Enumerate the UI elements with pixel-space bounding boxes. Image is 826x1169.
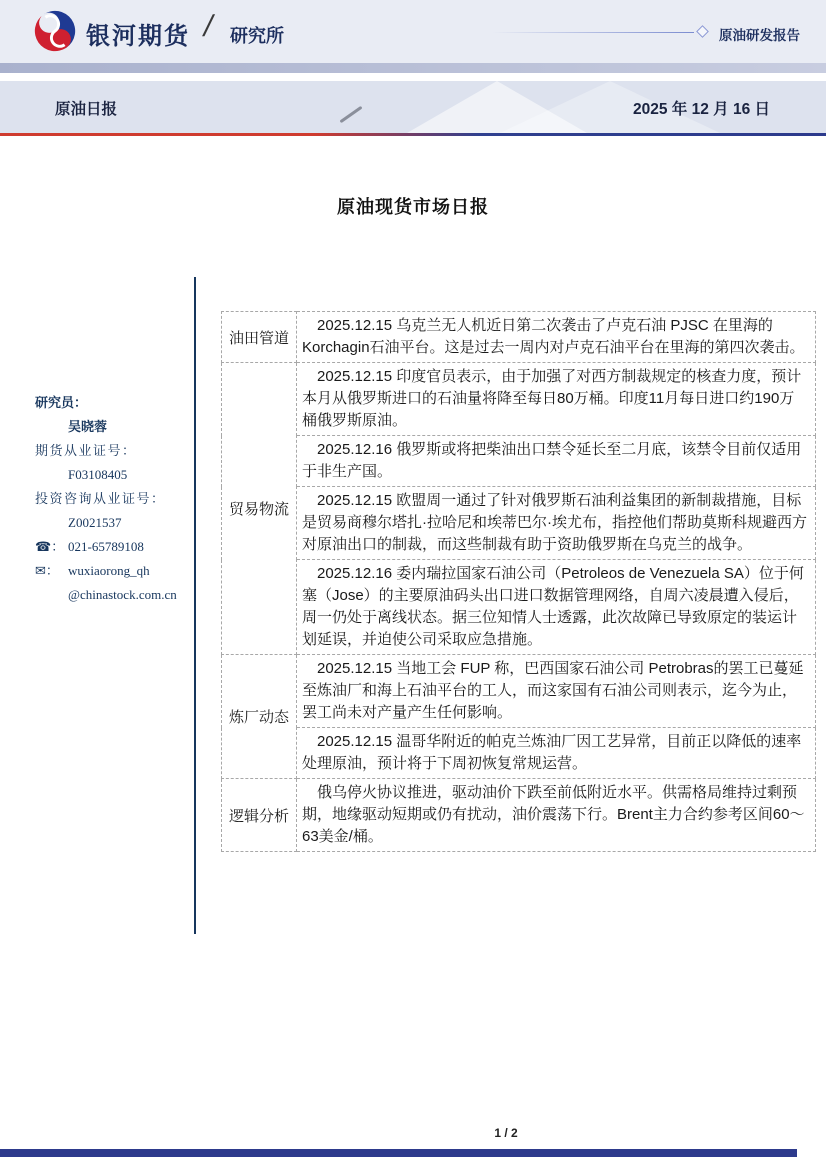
diamond-icon — [696, 25, 709, 38]
researcher-role-label: 研究员： — [35, 391, 190, 415]
table-row: 2025.12.16 委内瑞拉国家石油公司（Petroleos de Venez… — [222, 560, 816, 655]
news-item: 2025.12.16 委内瑞拉国家石油公司（Petroleos de Venez… — [302, 563, 807, 651]
news-item: 2025.12.15 乌克兰无人机近日第二次袭击了卢克石油 PJSC 在里海的K… — [302, 315, 807, 359]
futures-cert-number: F03108405 — [35, 463, 190, 487]
report-category-tag: 原油研发报告 — [719, 24, 800, 44]
researcher-name: 吴晓蓉 — [35, 415, 190, 439]
brand-divider-slash: / — [200, 10, 216, 44]
phone-row: ☎： 021-65789108 — [35, 535, 190, 559]
phone-icon: ☎： — [35, 535, 68, 559]
futures-cert-label: 期货从业证号： — [35, 439, 190, 463]
document-title: 原油现货市场日报 — [0, 193, 826, 219]
researcher-info: 研究员： 吴晓蓉 期货从业证号： F03108405 投资咨询从业证号： Z00… — [35, 391, 190, 607]
news-item: 2025.12.15 印度官员表示，由于加强了对西方制裁规定的核查力度，预计本月… — [302, 366, 807, 432]
banner-underline — [0, 133, 826, 136]
news-item: 2025.12.16 俄罗斯或将把柴油出口禁令延长至二月底，该禁令目前仅适用于非… — [302, 439, 807, 483]
title-banner: 原油日报 2025 年 12 月 16 日 — [0, 81, 826, 133]
category-cell: 逻辑分析 — [222, 779, 297, 852]
news-item: 2025.12.15 温哥华附近的帕克兰炼油厂因工艺异常，目前正以降低的速率处理… — [302, 731, 807, 775]
report-page: 银河期货 / 研究所 原油研发报告 原油日报 2025 年 12 月 16 日 … — [0, 0, 826, 1169]
category-cell: 炼厂动态 — [222, 655, 297, 779]
sidebar-divider-line — [194, 277, 196, 934]
division-name: 研究所 — [230, 22, 284, 48]
table-row: 2025.12.15 温哥华附近的帕克兰炼油厂因工艺异常，目前正以降低的速率处理… — [222, 728, 816, 779]
advisory-cert-label: 投资咨询从业证号： — [35, 487, 190, 511]
table-row: 2025.12.15 欧盟周一通过了针对俄罗斯石油利益集团的新制裁措施，目标是贸… — [222, 487, 816, 560]
news-item: 俄乌停火协议推进，驱动油价下跌至前低附近水平。供需格局维持过剩预期，地缘驱动短期… — [302, 782, 807, 848]
header-band — [0, 63, 826, 73]
news-item: 2025.12.15 欧盟周一通过了针对俄罗斯石油利益集团的新制裁措施，目标是贸… — [302, 490, 807, 556]
header-rule-line — [492, 32, 694, 33]
galaxy-futures-logo-icon — [34, 10, 76, 52]
page-header: 银河期货 / 研究所 原油研发报告 — [0, 0, 826, 63]
table-row: 逻辑分析 俄乌停火协议推进，驱动油价下跌至前低附近水平。供需格局维持过剩预期，地… — [222, 779, 816, 852]
banner-watermark-triangle — [407, 81, 587, 133]
report-type-label: 原油日报 — [55, 97, 117, 119]
email-row: ✉： wuxiaorong_qh — [35, 559, 190, 583]
category-cell: 贸易物流 — [222, 363, 297, 655]
envelope-icon: ✉： — [35, 559, 68, 583]
advisory-cert-number: Z0021537 — [35, 511, 190, 535]
page-number: 1 / 2 — [470, 1126, 542, 1140]
email-user: wuxiaorong_qh — [68, 559, 150, 583]
phone-number: 021-65789108 — [68, 535, 144, 559]
category-cell: 油田管道 — [222, 312, 297, 363]
banner-pencil-mark — [339, 106, 362, 123]
table-row: 2025.12.16 俄罗斯或将把柴油出口禁令延长至二月底，该禁令目前仅适用于非… — [222, 436, 816, 487]
footer-bar — [0, 1149, 797, 1157]
email-domain: @chinastock.com.cn — [35, 583, 190, 607]
news-table: 油田管道 2025.12.15 乌克兰无人机近日第二次袭击了卢克石油 PJSC … — [221, 311, 816, 852]
brand-name: 银河期货 — [86, 16, 190, 51]
table-row: 炼厂动态 2025.12.15 当地工会 FUP 称，巴西国家石油公司 Petr… — [222, 655, 816, 728]
table-row: 油田管道 2025.12.15 乌克兰无人机近日第二次袭击了卢克石油 PJSC … — [222, 312, 816, 363]
table-row: 贸易物流 2025.12.15 印度官员表示，由于加强了对西方制裁规定的核查力度… — [222, 363, 816, 436]
report-date: 2025 年 12 月 16 日 — [633, 97, 770, 119]
news-item: 2025.12.15 当地工会 FUP 称，巴西国家石油公司 Petrobras… — [302, 658, 807, 724]
